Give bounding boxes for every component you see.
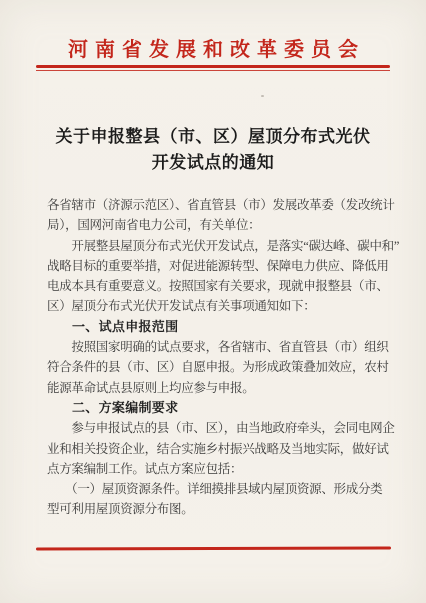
text-line: 能源革命试点县原则上均应参与申报。 (47, 378, 397, 398)
letterhead-org-name: 河南省发展和改革委员会 (0, 33, 426, 62)
section2-item1-paragraph: （一）屋顶资源条件。详细摸排县域内屋顶资源、形成分类型可利用屋顶资源分布图。 (47, 479, 397, 520)
section2-paragraph: 参与申报试点的县（市、区），由当地政府牵头，会同电网企业和相关投资企业，结合实施… (47, 418, 397, 479)
text-line: 开展整县屋顶分布式光伏开发试点，是落实“碳达峰、碳中和” (47, 236, 397, 256)
document-body: 各省辖市（济源示范区）、省直管县（市）发展改革委（发改统计局），国网河南省电力公… (47, 195, 397, 520)
text-line: 电成本具有重要意义。按照国家有关要求，现就申报整县（市、 (47, 276, 397, 296)
document-title-line2: 开发试点的通知 (0, 150, 426, 176)
letterhead-divider-thick-rule (36, 65, 390, 68)
text-line: 战略目标的重要举措，对促进能源转型、保障电力供应、降低用 (47, 256, 397, 276)
text-line: 局），国网河南省电力公司，有关单位： (47, 215, 397, 235)
text-line: 按照国家明确的试点要求，各省辖市、省直管县（市）组织 (47, 337, 397, 357)
document-title-line1: 关于申报整县（市、区）屋顶分布式光伏 (0, 124, 426, 150)
document-title: 关于申报整县（市、区）屋顶分布式光伏 开发试点的通知 (0, 124, 426, 176)
section2-heading: 二、方案编制要求 (47, 398, 397, 418)
text-line: 业和相关投资企业，结合实施乡村振兴战略及当地实际，做好试 (47, 439, 397, 459)
salutation: 各省辖市（济源示范区）、省直管县（市）发展改革委（发改统计局），国网河南省电力公… (47, 195, 397, 236)
text-line: 符合条件的县（市、区）自愿申报。为形成政策叠加效应，农村 (47, 357, 397, 377)
text-line: 各省辖市（济源示范区）、省直管县（市）发展改革委（发改统计 (47, 195, 397, 215)
intro-paragraph: 开展整县屋顶分布式光伏开发试点，是落实“碳达峰、碳中和”战略目标的重要举措，对促… (47, 236, 397, 317)
text-line: （一）屋顶资源条件。详细摸排县域内屋顶资源、形成分类 (47, 479, 397, 499)
text-line: 区）屋顶分布式光伏开发试点有关事项通知如下： (47, 296, 397, 316)
text-line: 型可利用屋顶资源分布图。 (47, 499, 397, 519)
footer-rule (36, 547, 391, 550)
section1-paragraph: 按照国家明确的试点要求，各省辖市、省直管县（市）组织符合条件的县（市、区）自愿申… (47, 337, 397, 398)
scan-speckle (261, 95, 264, 97)
letterhead-divider-thin-rule (36, 70, 390, 71)
letterhead-divider (36, 65, 390, 71)
text-line: 参与申报试点的县（市、区），由当地政府牵头，会同电网企 (47, 418, 397, 438)
document-page: 河南省发展和改革委员会 关于申报整县（市、区）屋顶分布式光伏 开发试点的通知 各… (0, 0, 426, 603)
section1-heading: 一、试点申报范围 (47, 317, 397, 337)
text-line: 点方案编制工作。试点方案应包括： (47, 459, 397, 479)
